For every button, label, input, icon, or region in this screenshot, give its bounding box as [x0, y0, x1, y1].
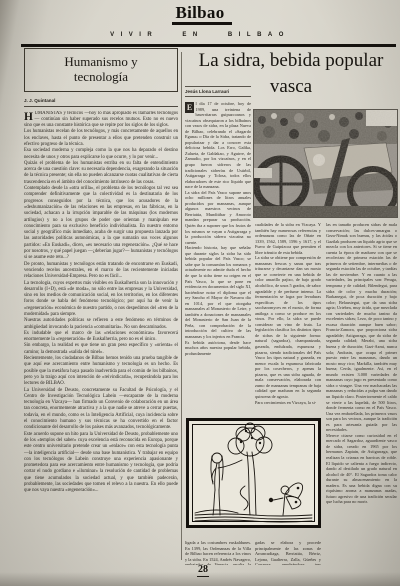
sidra-column-2-foot-text: gadas se elabora y procede principalment… [255, 540, 321, 565]
scan-bottom-shadow [0, 572, 400, 586]
left-article: Humanismo y tecnología J. J. Quintanal H… [24, 48, 178, 568]
masthead-title: Bilbao [0, 3, 400, 23]
masthead-underline [172, 22, 232, 25]
sidra-column-1-foot: ligada a las costumbres euskaldunes. En … [185, 540, 251, 565]
sidra-column-1-foot-text: ligada a las costumbres euskaldunes. En … [185, 540, 251, 565]
ornate-initial: E [185, 102, 194, 113]
section-band-rule [21, 44, 396, 47]
sidra-article: La sidra, bebida popular vasca Jesús Llo… [185, 48, 397, 586]
sidra-column-1-text: l día 17 de octubre, hoy de 1989, una tr… [185, 101, 251, 356]
newspaper-page: Bilbao VIVIR EN BILBAO Humanismo y tecno… [0, 0, 400, 586]
sidra-column-3: las en tamaño producen sidras de mala co… [326, 222, 397, 563]
sidra-byline: Jesús Llona Larrauri [185, 86, 251, 97]
sidra-column-3-text: las en tamaño producen sidras de mala co… [326, 222, 397, 504]
sidra-column-2: cualidades de la sidra en Vizcaya. Y tam… [255, 222, 321, 413]
adam-eve-woodcut [186, 418, 321, 528]
byline-rule [24, 106, 178, 107]
section-band-label: VIVIR EN BILBAO [30, 32, 370, 38]
left-article-body: HUMANISTAS y técnicos —hoy lo más apropi… [24, 111, 178, 563]
left-article-byline: J. J. Quintanal [24, 98, 178, 103]
sidra-column-1: El día 17 de octubre, hoy de 1989, una t… [185, 101, 251, 413]
column-divider-rule [181, 52, 182, 560]
left-article-text: UMANISTAS y técnicos —hoy lo más apropia… [24, 111, 178, 494]
left-article-title: Humanismo y tecnología [24, 48, 178, 92]
sidra-column-2-foot: gadas se elabora y procede principalment… [255, 540, 321, 565]
sidra-column-2-text: cualidades de la sidra en Vizcaya. Y tam… [255, 222, 321, 405]
cider-press-photo [254, 110, 397, 217]
dropcap-letter: H [24, 111, 34, 123]
